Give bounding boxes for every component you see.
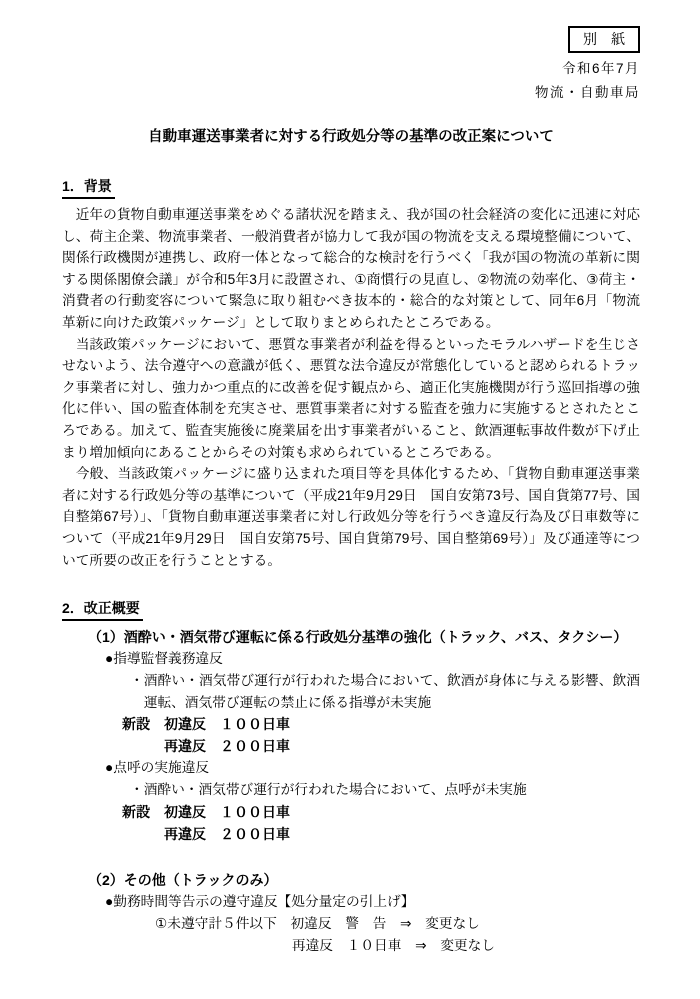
section-2-heading: 2．改正概要 — [62, 599, 143, 621]
rule-row-repeat-violation: 再違反 １０日車 ⇒ 変更なし — [155, 935, 640, 958]
attachment-label: 別 紙 — [583, 31, 625, 47]
background-body: 近年の貨物自動車運送事業をめぐる諸状況を踏まえ、我が国の社会経済の変化に迅速に対… — [62, 204, 640, 571]
penalty-repeat-violation: 再違反 ２００日車 — [122, 823, 640, 845]
subsection-2-heading: （2）その他（トラックのみ） — [88, 869, 640, 891]
background-paragraph-2: 当該政策パッケージにおいて、悪質な事業者が利益を得るといったモラルハザードを生じ… — [62, 334, 640, 464]
subsection-1-heading: （1）酒酔い・酒気帯び運転に係る行政処分基準の強化（トラック、バス、タクシー） — [88, 626, 640, 648]
document-header: 別 紙 令和6年7月 物流・自動車局 — [62, 26, 640, 101]
document-date: 令和6年7月 — [62, 60, 640, 77]
violation-item-title: ●点呼の実施違反 — [105, 757, 640, 779]
background-paragraph-1: 近年の貨物自動車運送事業をめぐる諸状況を踏まえ、我が国の社会経済の変化に迅速に対… — [62, 204, 640, 334]
section-1-heading: 1．背景 — [62, 177, 115, 199]
document-title: 自動車運送事業者に対する行政処分等の基準の改正案について — [62, 127, 640, 147]
penalty-first-violation: 新設 初違反 １００日車 — [122, 713, 640, 735]
attachment-tag-box: 別 紙 — [568, 26, 640, 53]
section-outline: 2．改正概要 （1）酒酔い・酒気帯び運転に係る行政処分基準の強化（トラック、バス… — [62, 571, 640, 958]
rule-row-first-violation: ①未遵守計５件以下 初違反 警 告 ⇒ 変更なし — [155, 913, 640, 936]
penalty-repeat-violation: 再違反 ２００日車 — [122, 735, 640, 757]
violation-item-detail: ・酒酔い・酒気帯び運行が行われた場合において、飲酒が身体に与える影響、飲酒運転、… — [130, 670, 640, 713]
document-page: 別 紙 令和6年7月 物流・自動車局 自動車運送事業者に対する行政処分等の基準の… — [0, 0, 700, 999]
violation-item-title: ●勤務時間等告示の遵守違反【処分量定の引上げ】 — [105, 891, 640, 913]
violation-item-title: ●指導監督義務違反 — [105, 648, 640, 670]
background-paragraph-3: 今般、当該政策パッケージに盛り込まれた項目等を具体化するため、「貨物自動車運送事… — [62, 463, 640, 571]
issuing-department: 物流・自動車局 — [62, 84, 640, 101]
penalty-first-violation: 新設 初違反 １００日車 — [122, 801, 640, 823]
section-background: 1．背景 近年の貨物自動車運送事業をめぐる諸状況を踏まえ、我が国の社会経済の変化… — [62, 147, 640, 571]
violation-item-detail: ・酒酔い・酒気帯び運行が行われた場合において、点呼が未実施 — [130, 779, 640, 801]
